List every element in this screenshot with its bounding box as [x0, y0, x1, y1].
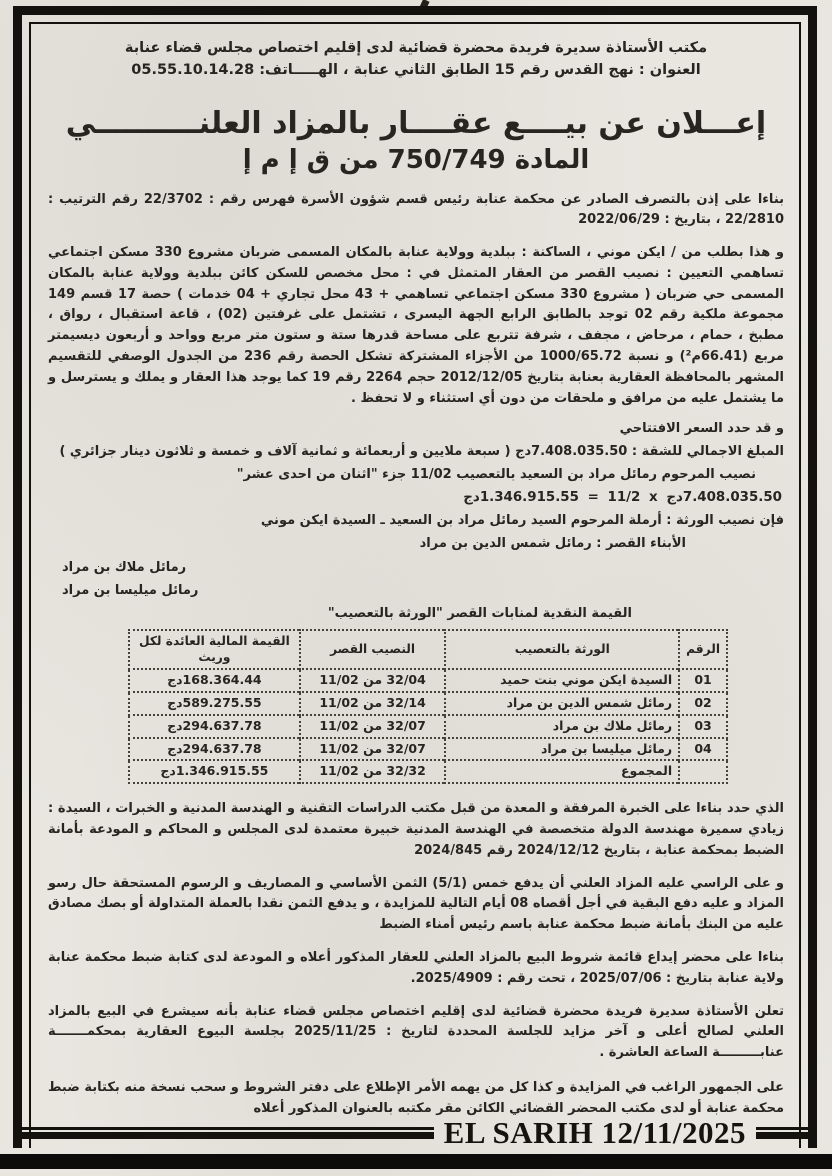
share-cell: 32/04 من 11/02 — [300, 669, 446, 692]
heir-name-cell: رمائل ملاك بن مراد — [445, 715, 679, 738]
column-header-value: القيمة المالية العائدة لكل وريث — [129, 630, 300, 669]
footer-rule-right — [756, 1127, 808, 1139]
value-cell: 294.637.78دج — [129, 738, 300, 761]
calc-operator: x — [649, 487, 658, 508]
row-number-cell: 03 — [679, 715, 727, 738]
newspaper-footer: EL SARIH 12/11/2025 — [22, 1115, 808, 1151]
para-authorization: بناءا على إذن بالتصرف الصادر عن محكمة عن… — [48, 190, 784, 232]
row-number-cell: 04 — [679, 738, 727, 761]
share-cell: 32/14 من 11/02 — [300, 692, 446, 715]
bailiff-office-header: مكتب الأستاذة سديرة فريدة محضرة قضائية ل… — [48, 38, 784, 82]
office-name-line: مكتب الأستاذة سديرة فريدة محضرة قضائية ل… — [48, 38, 784, 60]
share-cell: 32/07 من 11/02 — [300, 715, 446, 738]
total-value-cell: 1.346.915.55دج — [129, 760, 300, 783]
total-label-cell: المجموع — [445, 760, 679, 783]
heir-name-cell: السيدة ايكن موني بنت حميد — [445, 669, 679, 692]
heir-name-cell: رمائل شمس الدين بن مراد — [445, 692, 679, 715]
calc-equals: = — [588, 487, 599, 508]
row-number-cell: 01 — [679, 669, 727, 692]
table-total-row: المجموع 32/32 من 11/02 1.346.915.55دج — [129, 760, 727, 783]
page-title: إعـــلان عن بيــــع عقــــار بالمزاد الع… — [48, 106, 784, 141]
footer-rule-left — [22, 1127, 434, 1139]
office-address-line: العنوان : نهج القدس رقم 15 الطابق الثاني… — [48, 60, 784, 82]
table-row: 02 رمائل شمس الدين بن مراد 32/14 من 11/0… — [129, 692, 727, 715]
para-expert-report: الذي حدد بناءا على الخبرة المرفقة و المع… — [48, 799, 784, 861]
heir-name-line: رمائل ملاك بن مراد — [48, 558, 784, 578]
value-cell: 168.364.44دج — [129, 669, 300, 692]
calc-result: 1.346.915.55دج — [463, 487, 579, 508]
value-cell: 294.637.78دج — [129, 715, 300, 738]
para-payment-terms: و على الراسي عليه المزاد العلني أن يدفع … — [48, 874, 784, 936]
calc-fraction: 11/2 — [608, 487, 641, 508]
para-property-description: و هذا بطلب من / ايكن موني ، الساكنة : بب… — [48, 243, 784, 409]
article-reference: المادة 750/749 من ق إ م إ — [48, 145, 784, 175]
column-header-heir: الورثة بالتعصيب — [445, 630, 679, 669]
para-conditions-deposit: بناءا على محضر إيداع قائمة شروط البيع با… — [48, 948, 784, 990]
heirs-shares-table: الرقم الورثة بالتعصيب النصيب القصر القيم… — [128, 629, 728, 784]
row-number-cell — [679, 760, 727, 783]
opening-price-intro: و قد حدد السعر الافتتاحي — [48, 419, 784, 440]
share-calculation-line: 7.408.035.50دج x 11/2 = 1.346.915.55دج — [48, 487, 784, 508]
table-caption: القيمة النقدية لمنابات القصر "الورثة بال… — [48, 604, 784, 624]
para-public-notice: على الجمهور الراغب في المزايدة و كذا كل … — [48, 1078, 784, 1120]
newspaper-name-date: EL SARIH 12/11/2025 — [444, 1115, 746, 1151]
heirs-widow-line: فإن نصيب الورثة : أرملة المرحوم السيد رم… — [48, 511, 784, 531]
total-amount-line: المبلغ الاجمالي للشقة : 7.408.035.50دج (… — [48, 442, 784, 463]
heir-name-cell: رمائل ميليسا بن مراد — [445, 738, 679, 761]
scanned-legal-notice: مكتب الأستاذة سديرة فريدة محضرة قضائية ل… — [0, 0, 832, 1176]
column-header-number: الرقم — [679, 630, 727, 669]
row-number-cell: 02 — [679, 692, 727, 715]
notice-body: مكتب الأستاذة سديرة فريدة محضرة قضائية ل… — [48, 38, 784, 1120]
heir-name-line: رمائل ميليسا بن مراد — [48, 581, 784, 601]
para-auction-announcement: تعلن الأستاذة سديرة فريدة محضرة قضائية ل… — [48, 1002, 784, 1064]
deceased-share-line: نصيب المرحوم رمائل مراد بن السعيد بالتعص… — [48, 465, 784, 486]
calc-operand-a: 7.408.035.50دج — [666, 487, 782, 508]
table-row: 01 السيدة ايكن موني بنت حميد 32/04 من 11… — [129, 669, 727, 692]
heirs-children-line: الأبناء القصر : رمائل شمس الدين بن مراد — [48, 534, 784, 554]
table-row: 04 رمائل ميليسا بن مراد 32/07 من 11/02 2… — [129, 738, 727, 761]
column-header-share: النصيب القصر — [300, 630, 446, 669]
table-row: 03 رمائل ملاك بن مراد 32/07 من 11/02 294… — [129, 715, 727, 738]
total-share-cell: 32/32 من 11/02 — [300, 760, 446, 783]
share-cell: 32/07 من 11/02 — [300, 738, 446, 761]
value-cell: 589.275.55دج — [129, 692, 300, 715]
page-bottom-bar — [0, 1154, 832, 1169]
table-header-row: الرقم الورثة بالتعصيب النصيب القصر القيم… — [129, 630, 727, 669]
